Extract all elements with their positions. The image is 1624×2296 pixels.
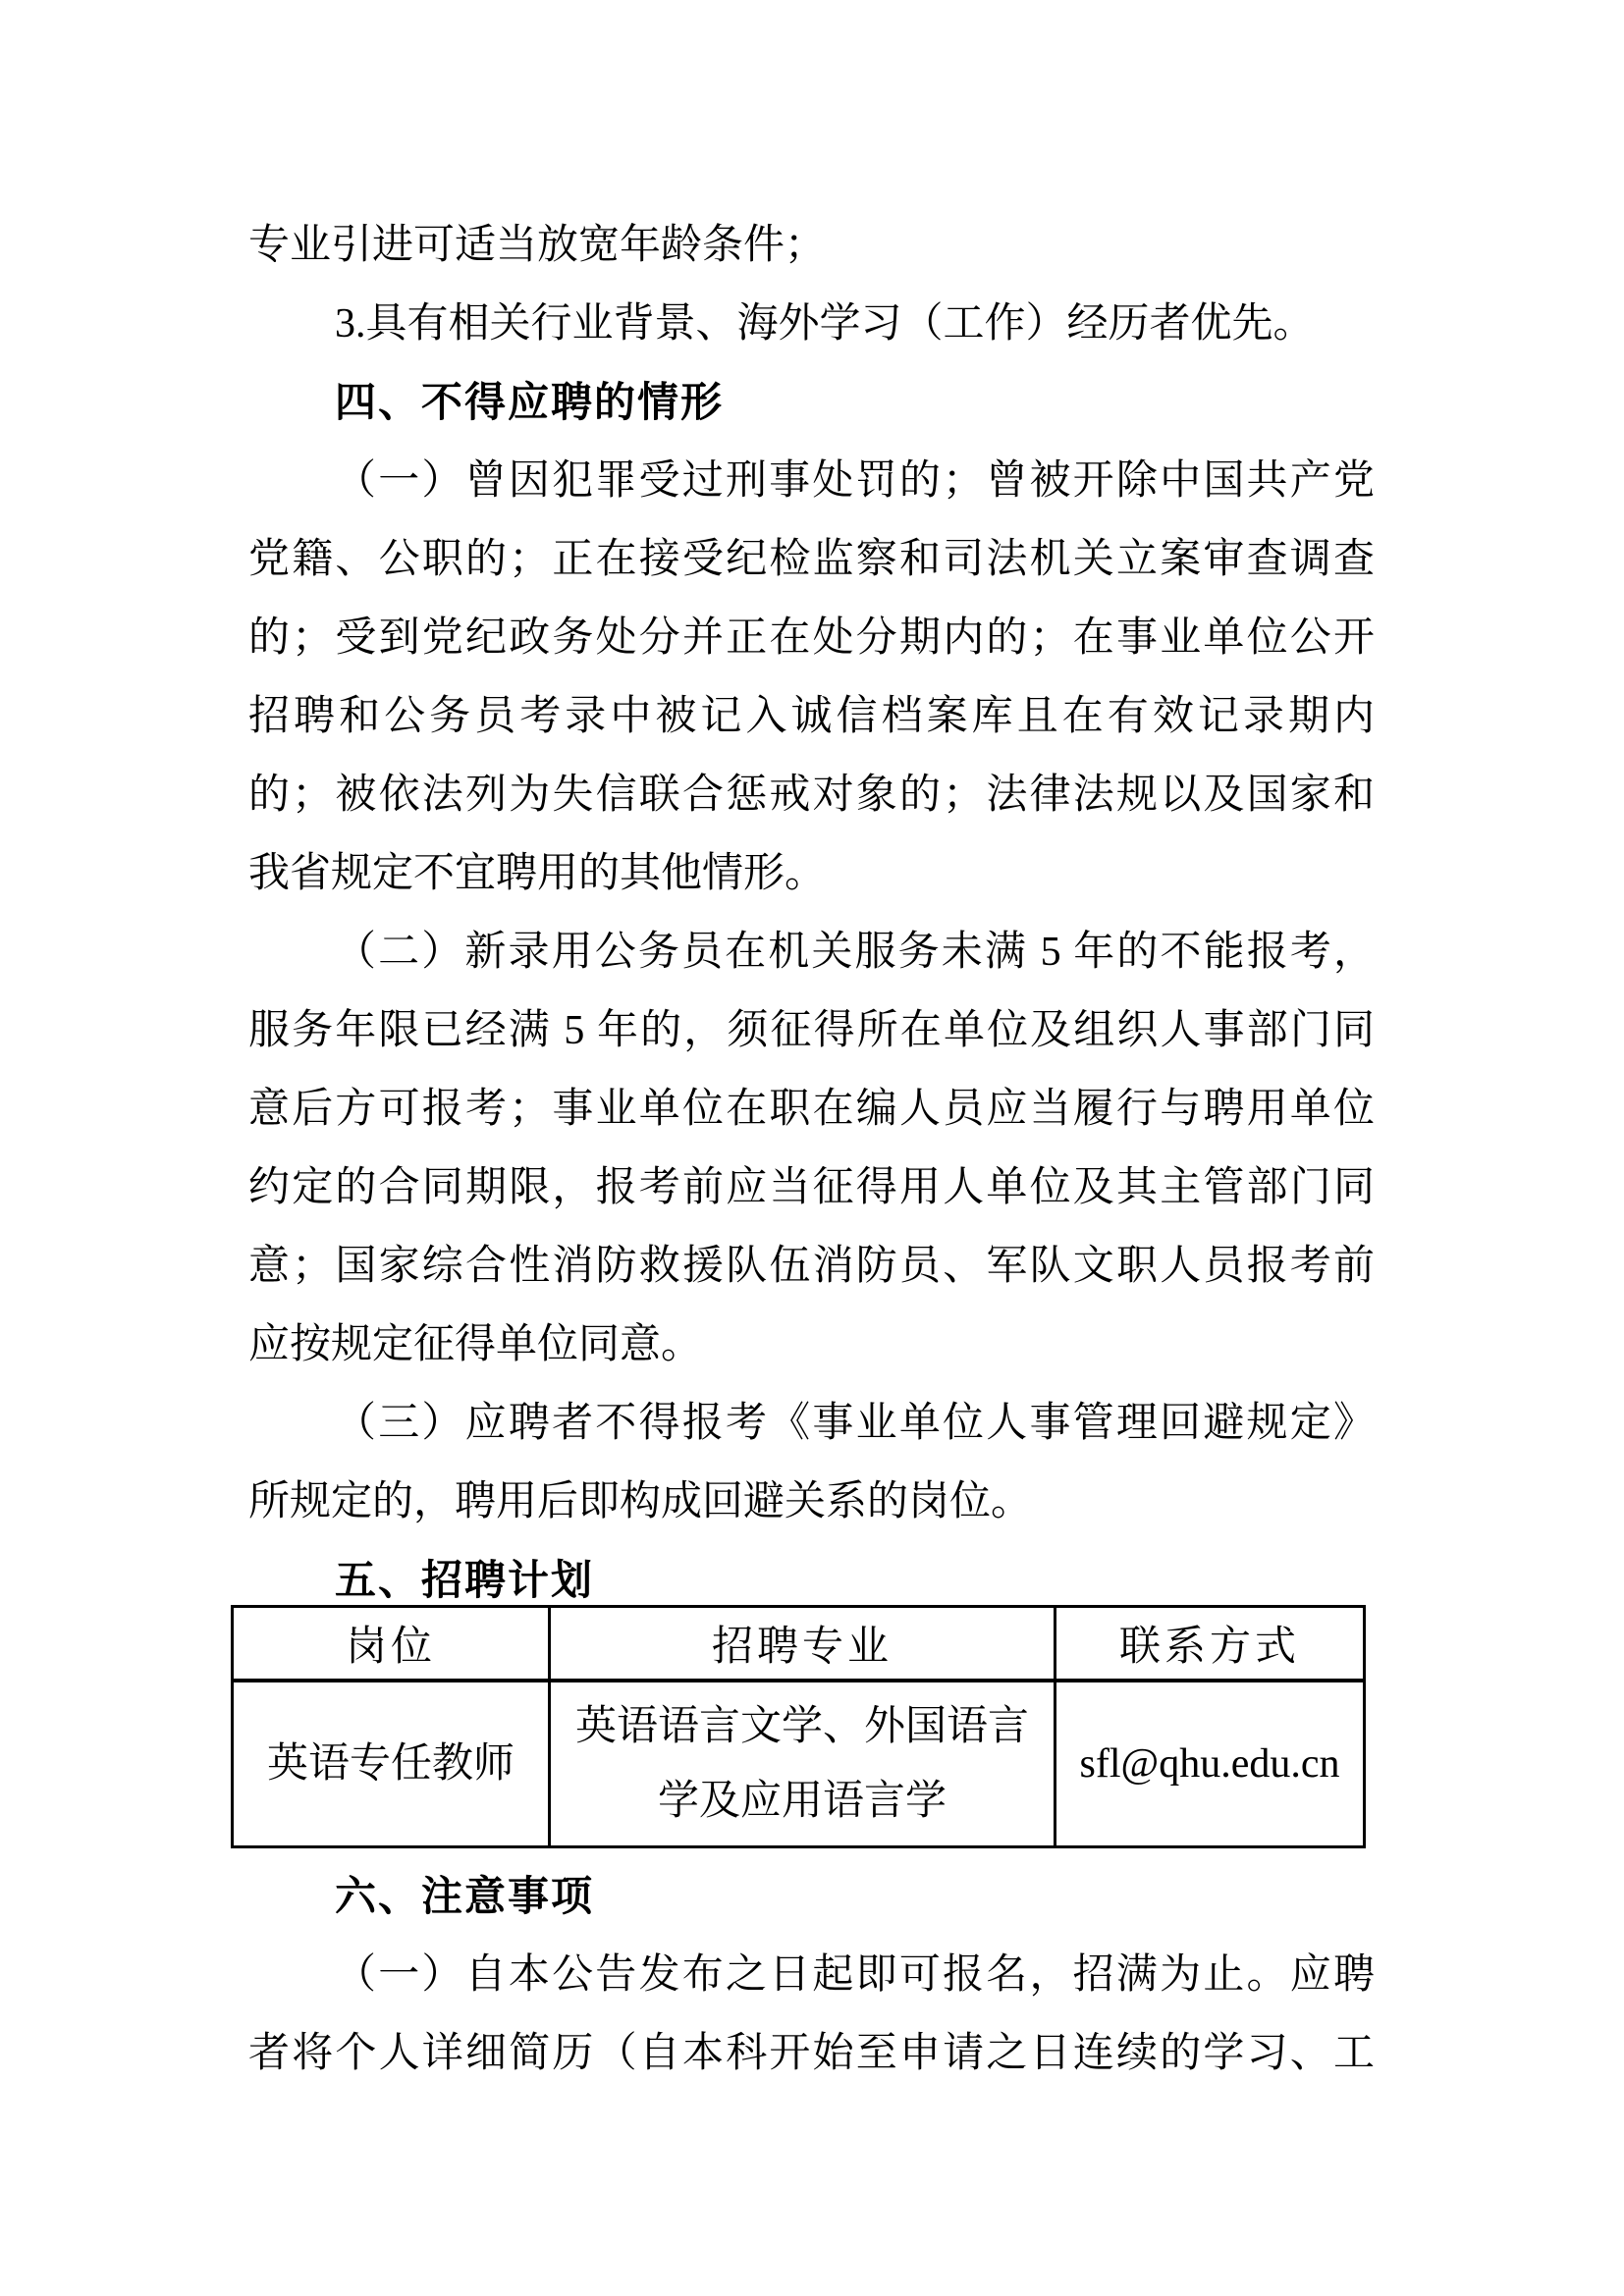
page-body: 专业引进可适当放宽年龄条件； 3.具有相关行业背景、海外学习（工作）经历者优先。… [248, 206, 1375, 2093]
body-text-line: 专业引进可适当放宽年龄条件； [248, 206, 1375, 285]
th-major: 招聘专业 [550, 1607, 1056, 1682]
body-text-line: 的；被依法列为失信联合惩戒对象的；法律法规以及国家和 [248, 756, 1375, 834]
body-text-line: （三）应聘者不得报考《事业单位人事管理回避规定》 [248, 1384, 1375, 1463]
body-text-line: 意；国家综合性消防救援队伍消防员、军队文职人员报考前 [248, 1227, 1375, 1306]
body-text-line: 约定的合同期限，报考前应当征得用人单位及其主管部门同 [248, 1148, 1375, 1227]
table-row: 英语专任教师 英语语言文学、外国语言 学及应用语言学 sfl@qhu.edu.c… [233, 1681, 1365, 1847]
cell-contact-email: sfl@qhu.edu.cn [1056, 1681, 1365, 1847]
body-text-line: （一）曾因犯罪受过刑事处罚的；曾被开除中国共产党 [248, 442, 1375, 520]
heading-section-4: 四、不得应聘的情形 [248, 363, 1375, 442]
recruitment-plan-table: 岗位 招聘专业 联系方式 英语专任教师 英语语言文学、外国语言 学及应用语言学 … [231, 1605, 1366, 1848]
major-text-line: 英语语言文学、外国语言 [551, 1689, 1054, 1764]
body-text-line: （二）新录用公务员在机关服务未满 5 年的不能报考， [248, 913, 1375, 991]
table-header-row: 岗位 招聘专业 联系方式 [233, 1607, 1365, 1682]
body-text-line: 党籍、公职的；正在接受纪检监察和司法机关立案审查调查 [248, 520, 1375, 599]
body-text-line: 所规定的，聘用后即构成回避关系的岗位。 [248, 1463, 1375, 1541]
body-text-line: 服务年限已经满 5 年的，须征得所在单位及组织人事部门同 [248, 991, 1375, 1070]
body-text-line: 应按规定征得单位同意。 [248, 1306, 1375, 1384]
th-contact: 联系方式 [1056, 1607, 1365, 1682]
body-text-line: 3.具有相关行业背景、海外学习（工作）经历者优先。 [248, 285, 1375, 363]
document-page: 专业引进可适当放宽年龄条件； 3.具有相关行业背景、海外学习（工作）经历者优先。… [0, 0, 1624, 2296]
cell-position: 英语专任教师 [233, 1681, 550, 1847]
body-text-line: 的；受到党纪政务处分并正在处分期内的；在事业单位公开 [248, 599, 1375, 677]
body-text-line: 招聘和公务员考录中被记入诚信档案库且在有效记录期内 [248, 677, 1375, 756]
cell-major: 英语语言文学、外国语言 学及应用语言学 [550, 1681, 1056, 1847]
heading-section-6: 六、注意事项 [248, 1857, 1375, 1936]
body-text-line: 意后方可报考；事业单位在职在编人员应当履行与聘用单位 [248, 1070, 1375, 1148]
body-text-line: 者将个人详细简历（自本科开始至申请之日连续的学习、工 [248, 2014, 1375, 2093]
position-text: 英语专任教师 [234, 1727, 548, 1801]
body-text-line: （一）自本公告发布之日起即可报名，招满为止。应聘 [248, 1936, 1375, 2014]
major-text-line: 学及应用语言学 [551, 1764, 1054, 1839]
contact-email-text: sfl@qhu.edu.cn [1056, 1727, 1363, 1801]
body-text-line: 我省规定不宜聘用的其他情形。 [248, 834, 1375, 913]
